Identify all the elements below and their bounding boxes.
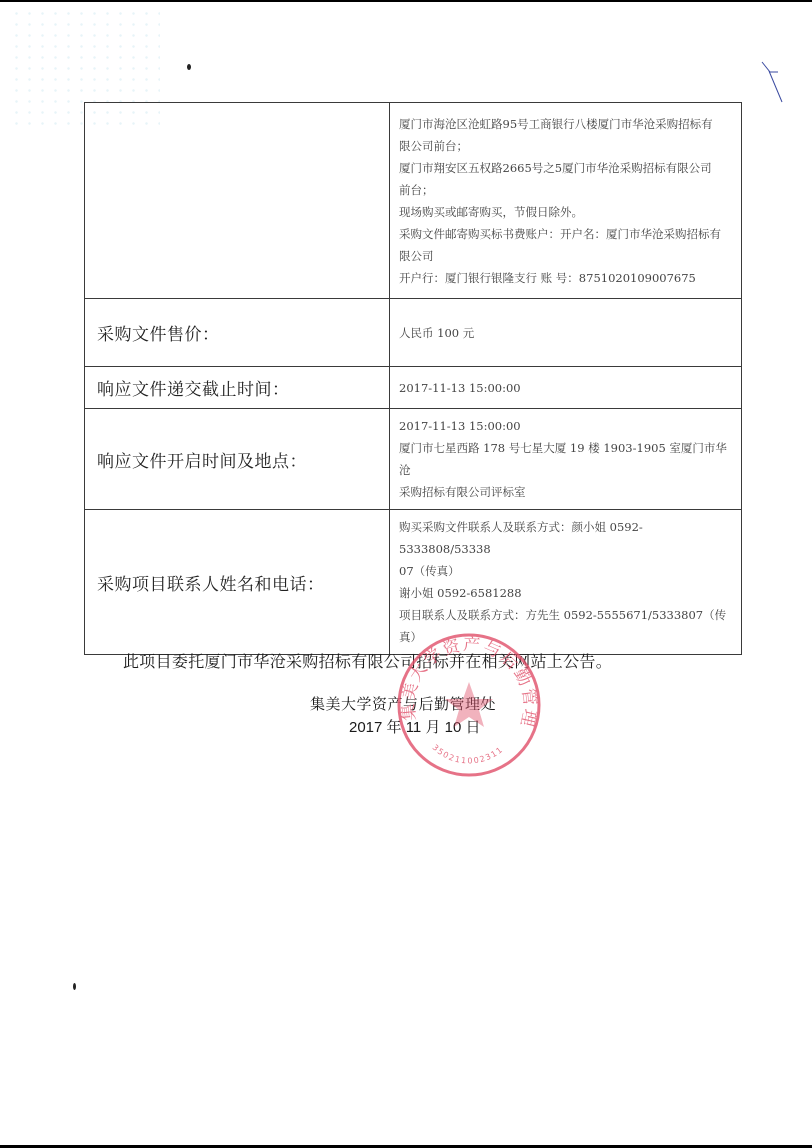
table-row-purchase-location: 厦门市海沧区沧虹路95号工商银行八楼厦门市华沧采购招标有 限公司前台； 厦门市翔…	[85, 103, 742, 299]
issuer-signature: 集美大学资产与后勤管理处	[310, 693, 496, 714]
procurement-info-table: 厦门市海沧区沧虹路95号工商银行八楼厦门市华沧采购招标有 限公司前台； 厦门市翔…	[84, 102, 742, 655]
value-line: 购买采购文件联系人及联系方式：颜小姐 0592-5333808/53338	[399, 516, 731, 560]
value-line: 前台；	[399, 179, 731, 201]
value-line: 07（传真）	[399, 560, 731, 582]
issue-date: 2017 年 11 月 10 日	[349, 716, 480, 737]
row-value: 2017-11-13 15:00:00 厦门市七星西路 178 号七星大厦 19…	[390, 409, 742, 510]
table-row-contacts: 采购项目联系人姓名和电话： 购买采购文件联系人及联系方式：颜小姐 0592-53…	[85, 510, 742, 655]
row-label: 采购文件售价：	[85, 299, 390, 367]
value-line: 厦门市海沧区沧虹路95号工商银行八楼厦门市华沧采购招标有	[399, 113, 731, 135]
value-line: 厦门市七星西路 178 号七星大厦 19 楼 1903-1905 室厦门市华沧	[399, 437, 731, 481]
value-line: 项目联系人及联系方式：方先生 0592-5555671/5333807（传	[399, 604, 731, 626]
value-line: 2017-11-13 15:00:00	[399, 377, 731, 399]
table-row-price: 采购文件售价： 人民币 100 元	[85, 299, 742, 367]
row-label: 采购项目联系人姓名和电话：	[85, 510, 390, 655]
value-line: 2017-11-13 15:00:00	[399, 415, 731, 437]
row-label: 响应文件递交截止时间：	[85, 367, 390, 409]
table-row-opening: 响应文件开启时间及地点： 2017-11-13 15:00:00 厦门市七星西路…	[85, 409, 742, 510]
row-value: 2017-11-13 15:00:00	[390, 367, 742, 409]
value-line: 人民币 100 元	[399, 322, 731, 344]
value-line: 现场购买或邮寄购买，节假日除外。	[399, 201, 731, 223]
scan-speck	[73, 983, 76, 990]
value-line: 采购招标有限公司评标室	[399, 481, 731, 503]
scan-border-top	[0, 0, 812, 2]
value-line: 采购文件邮寄购买标书费账户：开户名：厦门市华沧采购招标有	[399, 223, 731, 245]
table-row-deadline: 响应文件递交截止时间： 2017-11-13 15:00:00	[85, 367, 742, 409]
announcement-notice: 此项目委托厦门市华沧采购招标有限公司招标并在相关网站上公告。	[123, 649, 612, 672]
row-value: 人民币 100 元	[390, 299, 742, 367]
scan-speck	[187, 64, 191, 70]
value-line: 真）	[399, 626, 731, 648]
row-value: 厦门市海沧区沧虹路95号工商银行八楼厦门市华沧采购招标有 限公司前台； 厦门市翔…	[390, 103, 742, 299]
row-label	[85, 103, 390, 299]
value-line: 谢小姐 0592-6581288	[399, 582, 731, 604]
value-line: 开户行：厦门银行银隆支行 账 号：8751020109007675	[399, 267, 731, 289]
value-line: 限公司	[399, 245, 731, 267]
row-label: 响应文件开启时间及地点：	[85, 409, 390, 510]
value-line: 厦门市翔安区五权路2665号之5厦门市华沧采购招标有限公司	[399, 157, 731, 179]
pen-mark	[760, 60, 800, 105]
row-value: 购买采购文件联系人及联系方式：颜小姐 0592-5333808/53338 07…	[390, 510, 742, 655]
value-line: 限公司前台；	[399, 135, 731, 157]
